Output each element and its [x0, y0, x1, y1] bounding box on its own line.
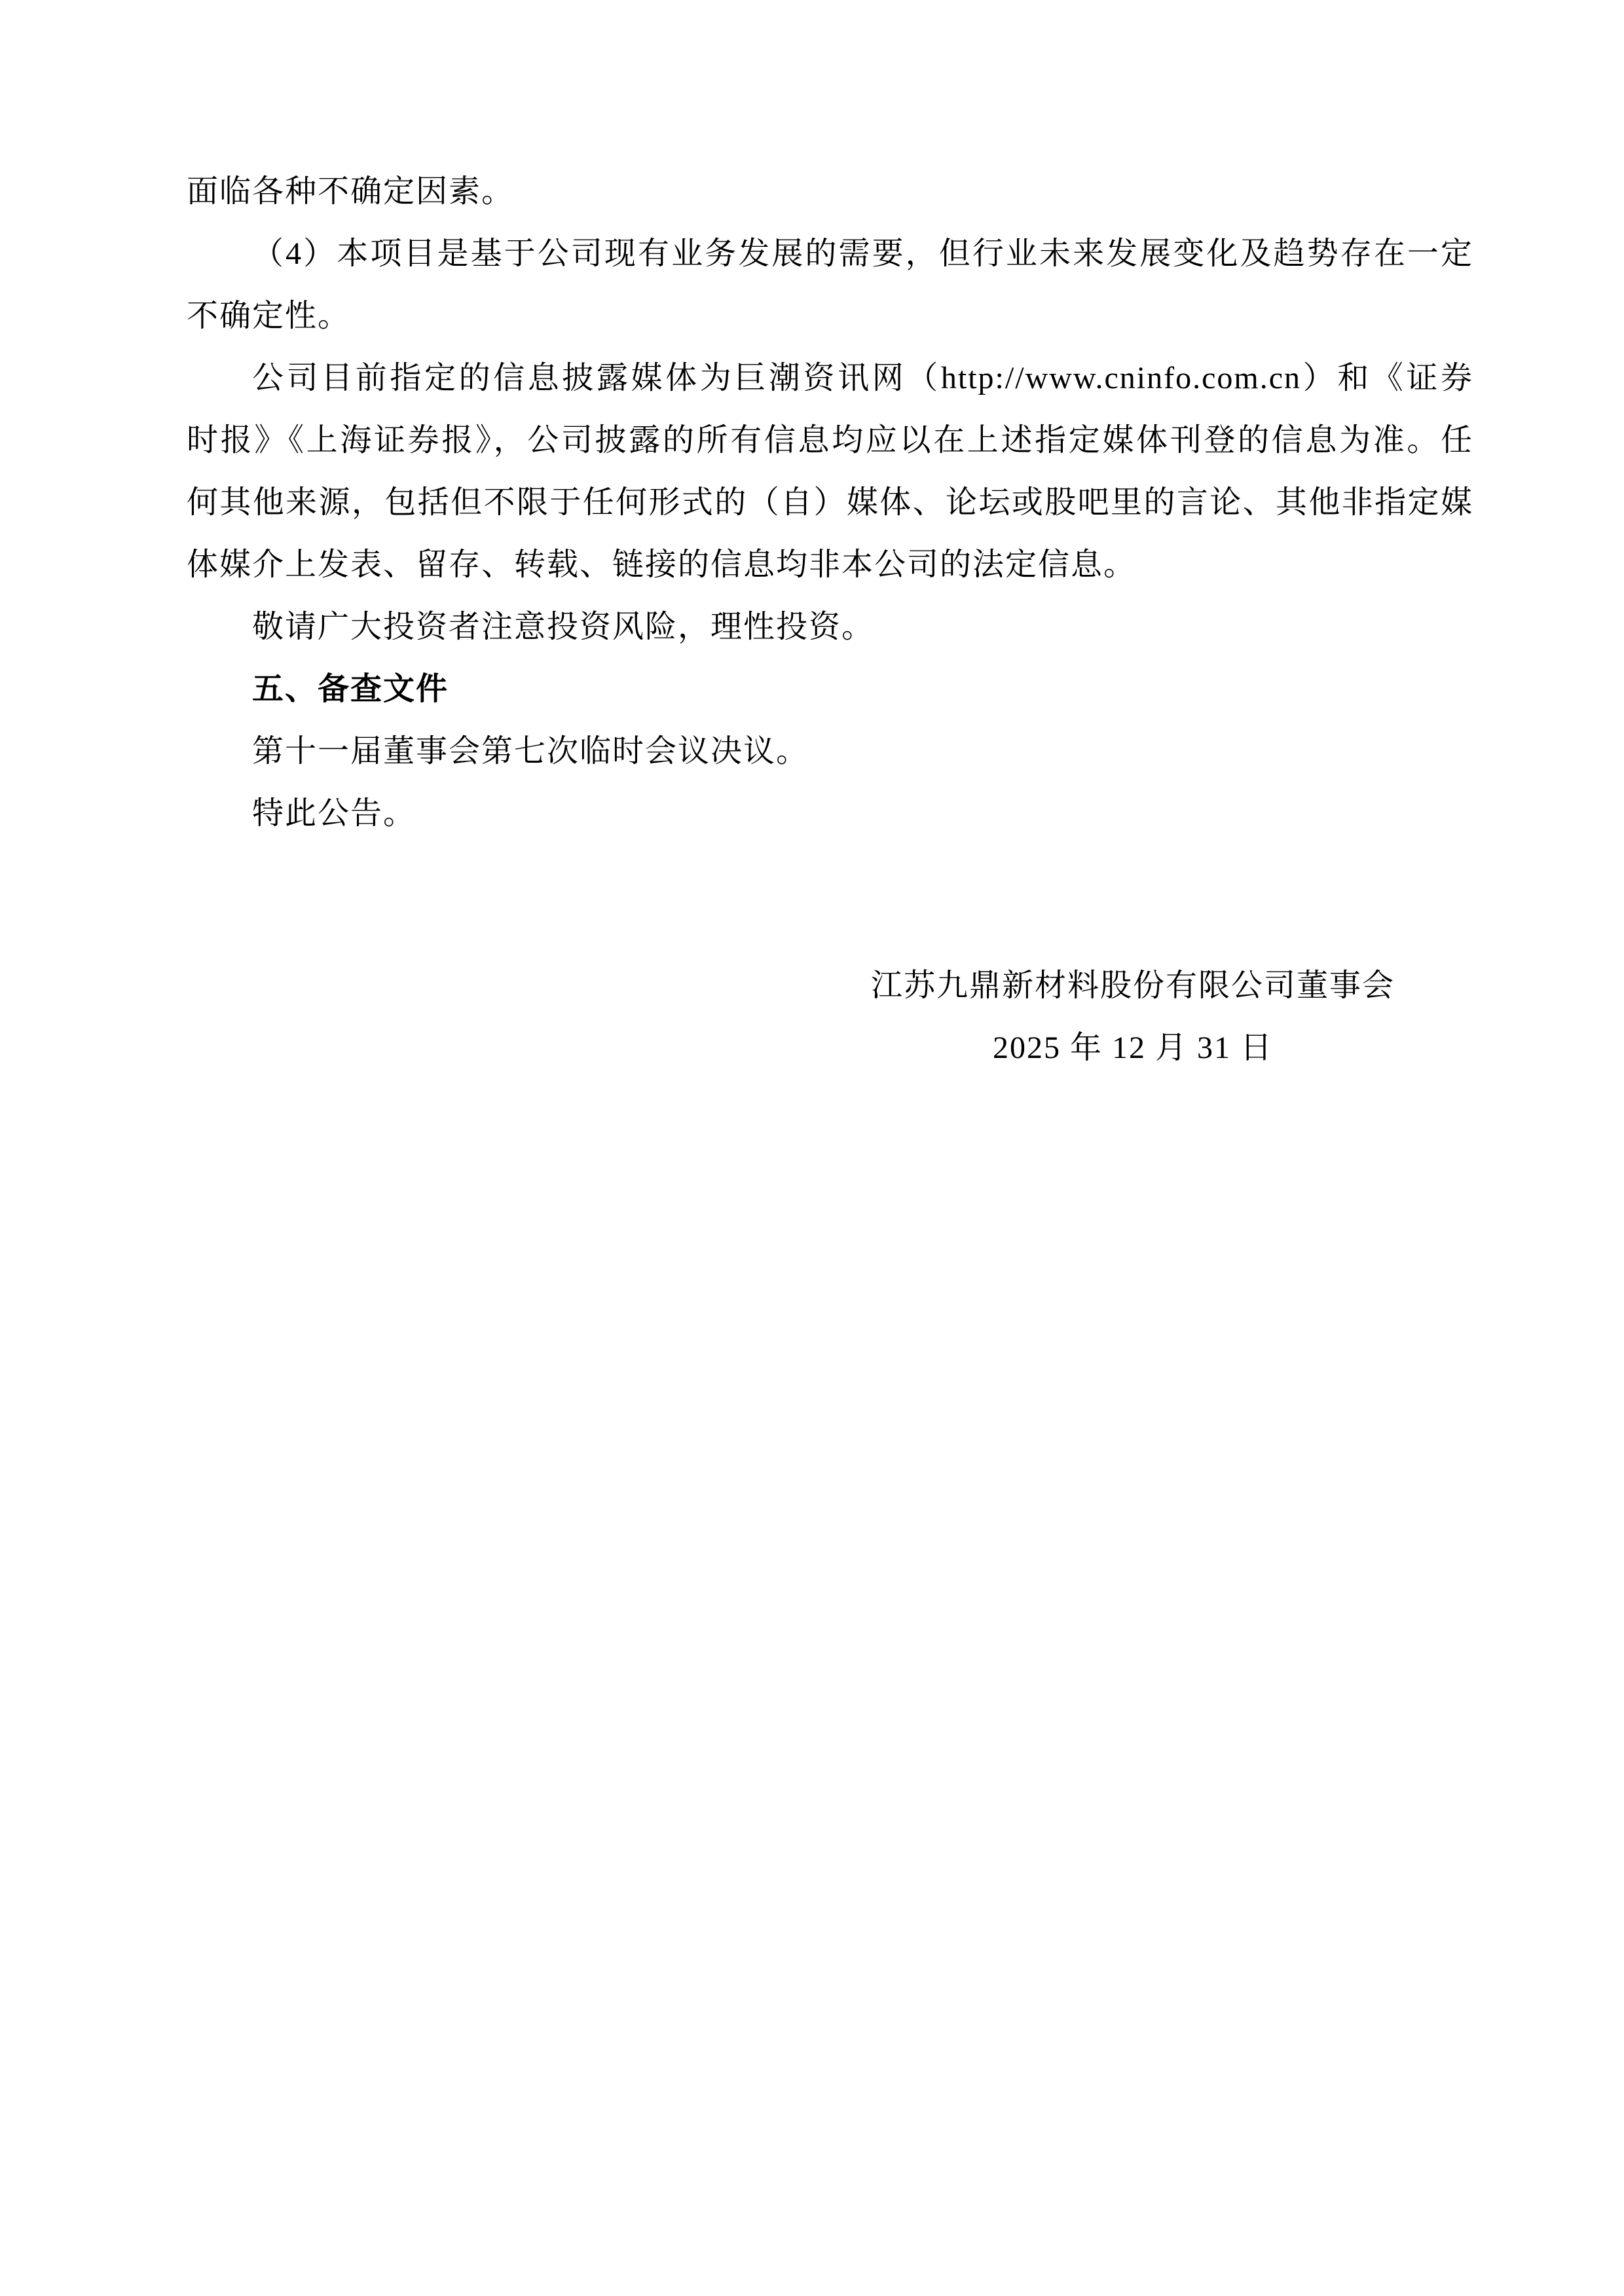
body-line-continuation: 时报》《上海证券报》，公司披露的所有信息均应以在上述指定媒体刊登的信息为准。任 — [187, 409, 1473, 471]
signature-block: 江苏九鼎新材料股份有限公司董事会 2025 年 12 月 31 日 — [871, 955, 1395, 1079]
body-line-investor-notice: 敬请广大投资者注意投资风险，理性投资。 — [187, 596, 1473, 658]
document-page: 面临各种不确定因素。 （4）本项目是基于公司现有业务发展的需要，但行业未来发展变… — [0, 0, 1624, 2296]
signature-company: 江苏九鼎新材料股份有限公司董事会 — [871, 955, 1395, 1017]
body-line-announcement-closing: 特此公告。 — [187, 782, 1473, 845]
body-line-continuation: 面临各种不确定因素。 — [187, 160, 1473, 223]
body-line-disclosure-media: 公司目前指定的信息披露媒体为巨潮资讯网（http://www.cninfo.co… — [187, 347, 1473, 409]
body-line-item-4: （4）本项目是基于公司现有业务发展的需要，但行业未来发展变化及趋势存在一定的 — [187, 223, 1473, 285]
body-line-continuation: 不确定性。 — [187, 285, 1473, 347]
body-line-continuation: 何其他来源，包括但不限于任何形式的（自）媒体、论坛或股吧里的言论、其他非指定媒 — [187, 471, 1473, 534]
signature-date: 2025 年 12 月 31 日 — [871, 1017, 1395, 1079]
body-line-board-resolution: 第十一届董事会第七次临时会议决议。 — [187, 720, 1473, 782]
body-line-continuation: 体媒介上发表、留存、转载、链接的信息均非本公司的法定信息。 — [187, 534, 1473, 596]
document-body: 面临各种不确定因素。 （4）本项目是基于公司现有业务发展的需要，但行业未来发展变… — [187, 160, 1473, 845]
section-heading-reference-documents: 五、备查文件 — [187, 658, 1473, 720]
